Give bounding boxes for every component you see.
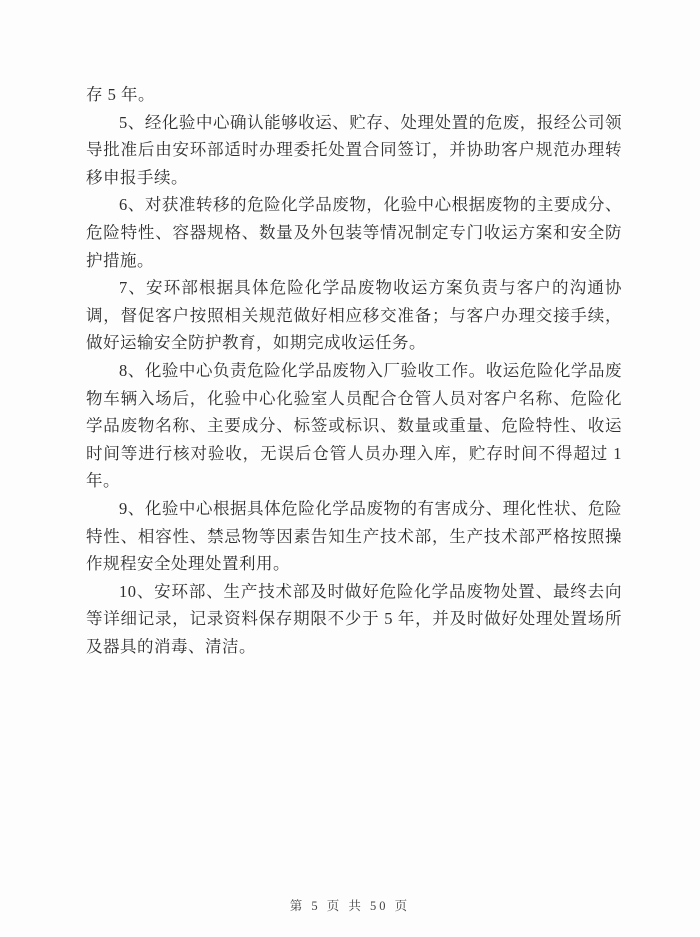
paragraph-item-6: 6、对获准转移的危险化学品废物，化验中心根据废物的主要成分、危险特性、容器规格、…: [86, 191, 622, 274]
document-body: 存 5 年。 5、经化验中心确认能够收运、贮存、处理处置的危废，报经公司领导批准…: [86, 81, 622, 660]
paragraph-item-9: 9、化验中心根据具体危险化学品废物的有害成分、理化性状、危险特性、相容性、禁忌物…: [86, 495, 622, 578]
page-number: 第 5 页 共 50 页: [0, 896, 700, 914]
paragraph-continuation: 存 5 年。: [86, 81, 622, 109]
paragraph-item-10: 10、安环部、生产技术部及时做好危险化学品废物处置、最终去向等详细记录，记录资料…: [86, 578, 622, 661]
paragraph-item-7: 7、安环部根据具体危险化学品废物收运方案负责与客户的沟通协调，督促客户按照相关规…: [86, 274, 622, 357]
document-page: 存 5 年。 5、经化验中心确认能够收运、贮存、处理处置的危废，报经公司领导批准…: [0, 0, 700, 937]
paragraph-item-5: 5、经化验中心确认能够收运、贮存、处理处置的危废，报经公司领导批准后由安环部适时…: [86, 109, 622, 192]
paragraph-item-8: 8、化验中心负责危险化学品废物入厂验收工作。收运危险化学品废物车辆入场后，化验中…: [86, 357, 622, 495]
